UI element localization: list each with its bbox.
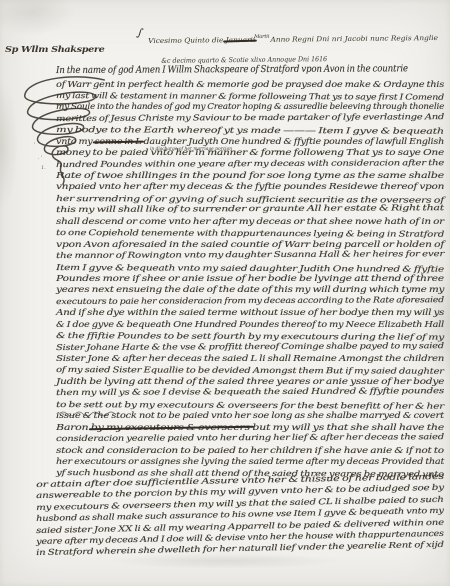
manuscript-line: In the name of god Amen I Willm Shackspe… [56, 60, 444, 75]
manuscript-line: hundred Poundes within one yeare after m… [56, 154, 444, 167]
manuscript-line: then my will ys & soe I devise & bequeat… [56, 382, 444, 395]
manuscript-line: Sister Johane Harte & the vse & proffitt… [56, 337, 444, 350]
dating-clause-text: Vicesimo Quinto die [148, 36, 226, 45]
pen-trial-mark: 1. [41, 165, 46, 171]
pen-trial-mark: . ' [38, 155, 43, 161]
manuscript-line: my bodye to the Earth whereof yt ys made… [56, 121, 444, 134]
manuscript-line: of Warr gent in perfect health & memorie… [56, 76, 444, 87]
margin-name-scribble: Sp Wllm Shakspere [5, 45, 104, 55]
manuscript-line: the mannor of Rowington vnto my daughter… [56, 245, 444, 258]
heading-bracket-mark: ∫ [136, 26, 145, 40]
manuscript-line: consideracion yearelie paied vnto her du… [56, 428, 444, 441]
manuscript-line: of my saied Sister Equallie to be devide… [56, 361, 444, 374]
manuscript-line: merittes of Jesus Christe my Saviour to … [56, 108, 444, 121]
manuscript-line: executours to paie her consideracion fro… [56, 291, 444, 304]
deleted-month: Januarii [226, 36, 256, 44]
dating-clause-line1: Vicesimo Quinto die JanuariiMartii Anno … [148, 33, 438, 48]
dating-clause-text: Anno Regni Dni nri Jacobi nunc Regis Ang… [268, 34, 438, 44]
manuscript-line: Item I gyve & bequeath vnto my saied dau… [56, 259, 444, 272]
manuscript-line: my last will & testament in manner & for… [56, 87, 444, 100]
manuscript-line: this my will shall like of to surrender … [56, 199, 444, 212]
paper-stain [0, 0, 75, 36]
interlined-month: Martii [254, 34, 269, 39]
manuscript-line: to be sett out by my executours & overse… [56, 396, 444, 409]
will-text-block: In the name of god Amen I Willm Shackspe… [56, 62, 444, 556]
manuscript-line: to one Copiehold tenemente with thappurt… [56, 224, 444, 237]
pen-trial-mark: ' [34, 142, 35, 148]
manuscript-page: ∫ Vicesimo Quinto die JanuariiMartii Ann… [0, 0, 450, 586]
